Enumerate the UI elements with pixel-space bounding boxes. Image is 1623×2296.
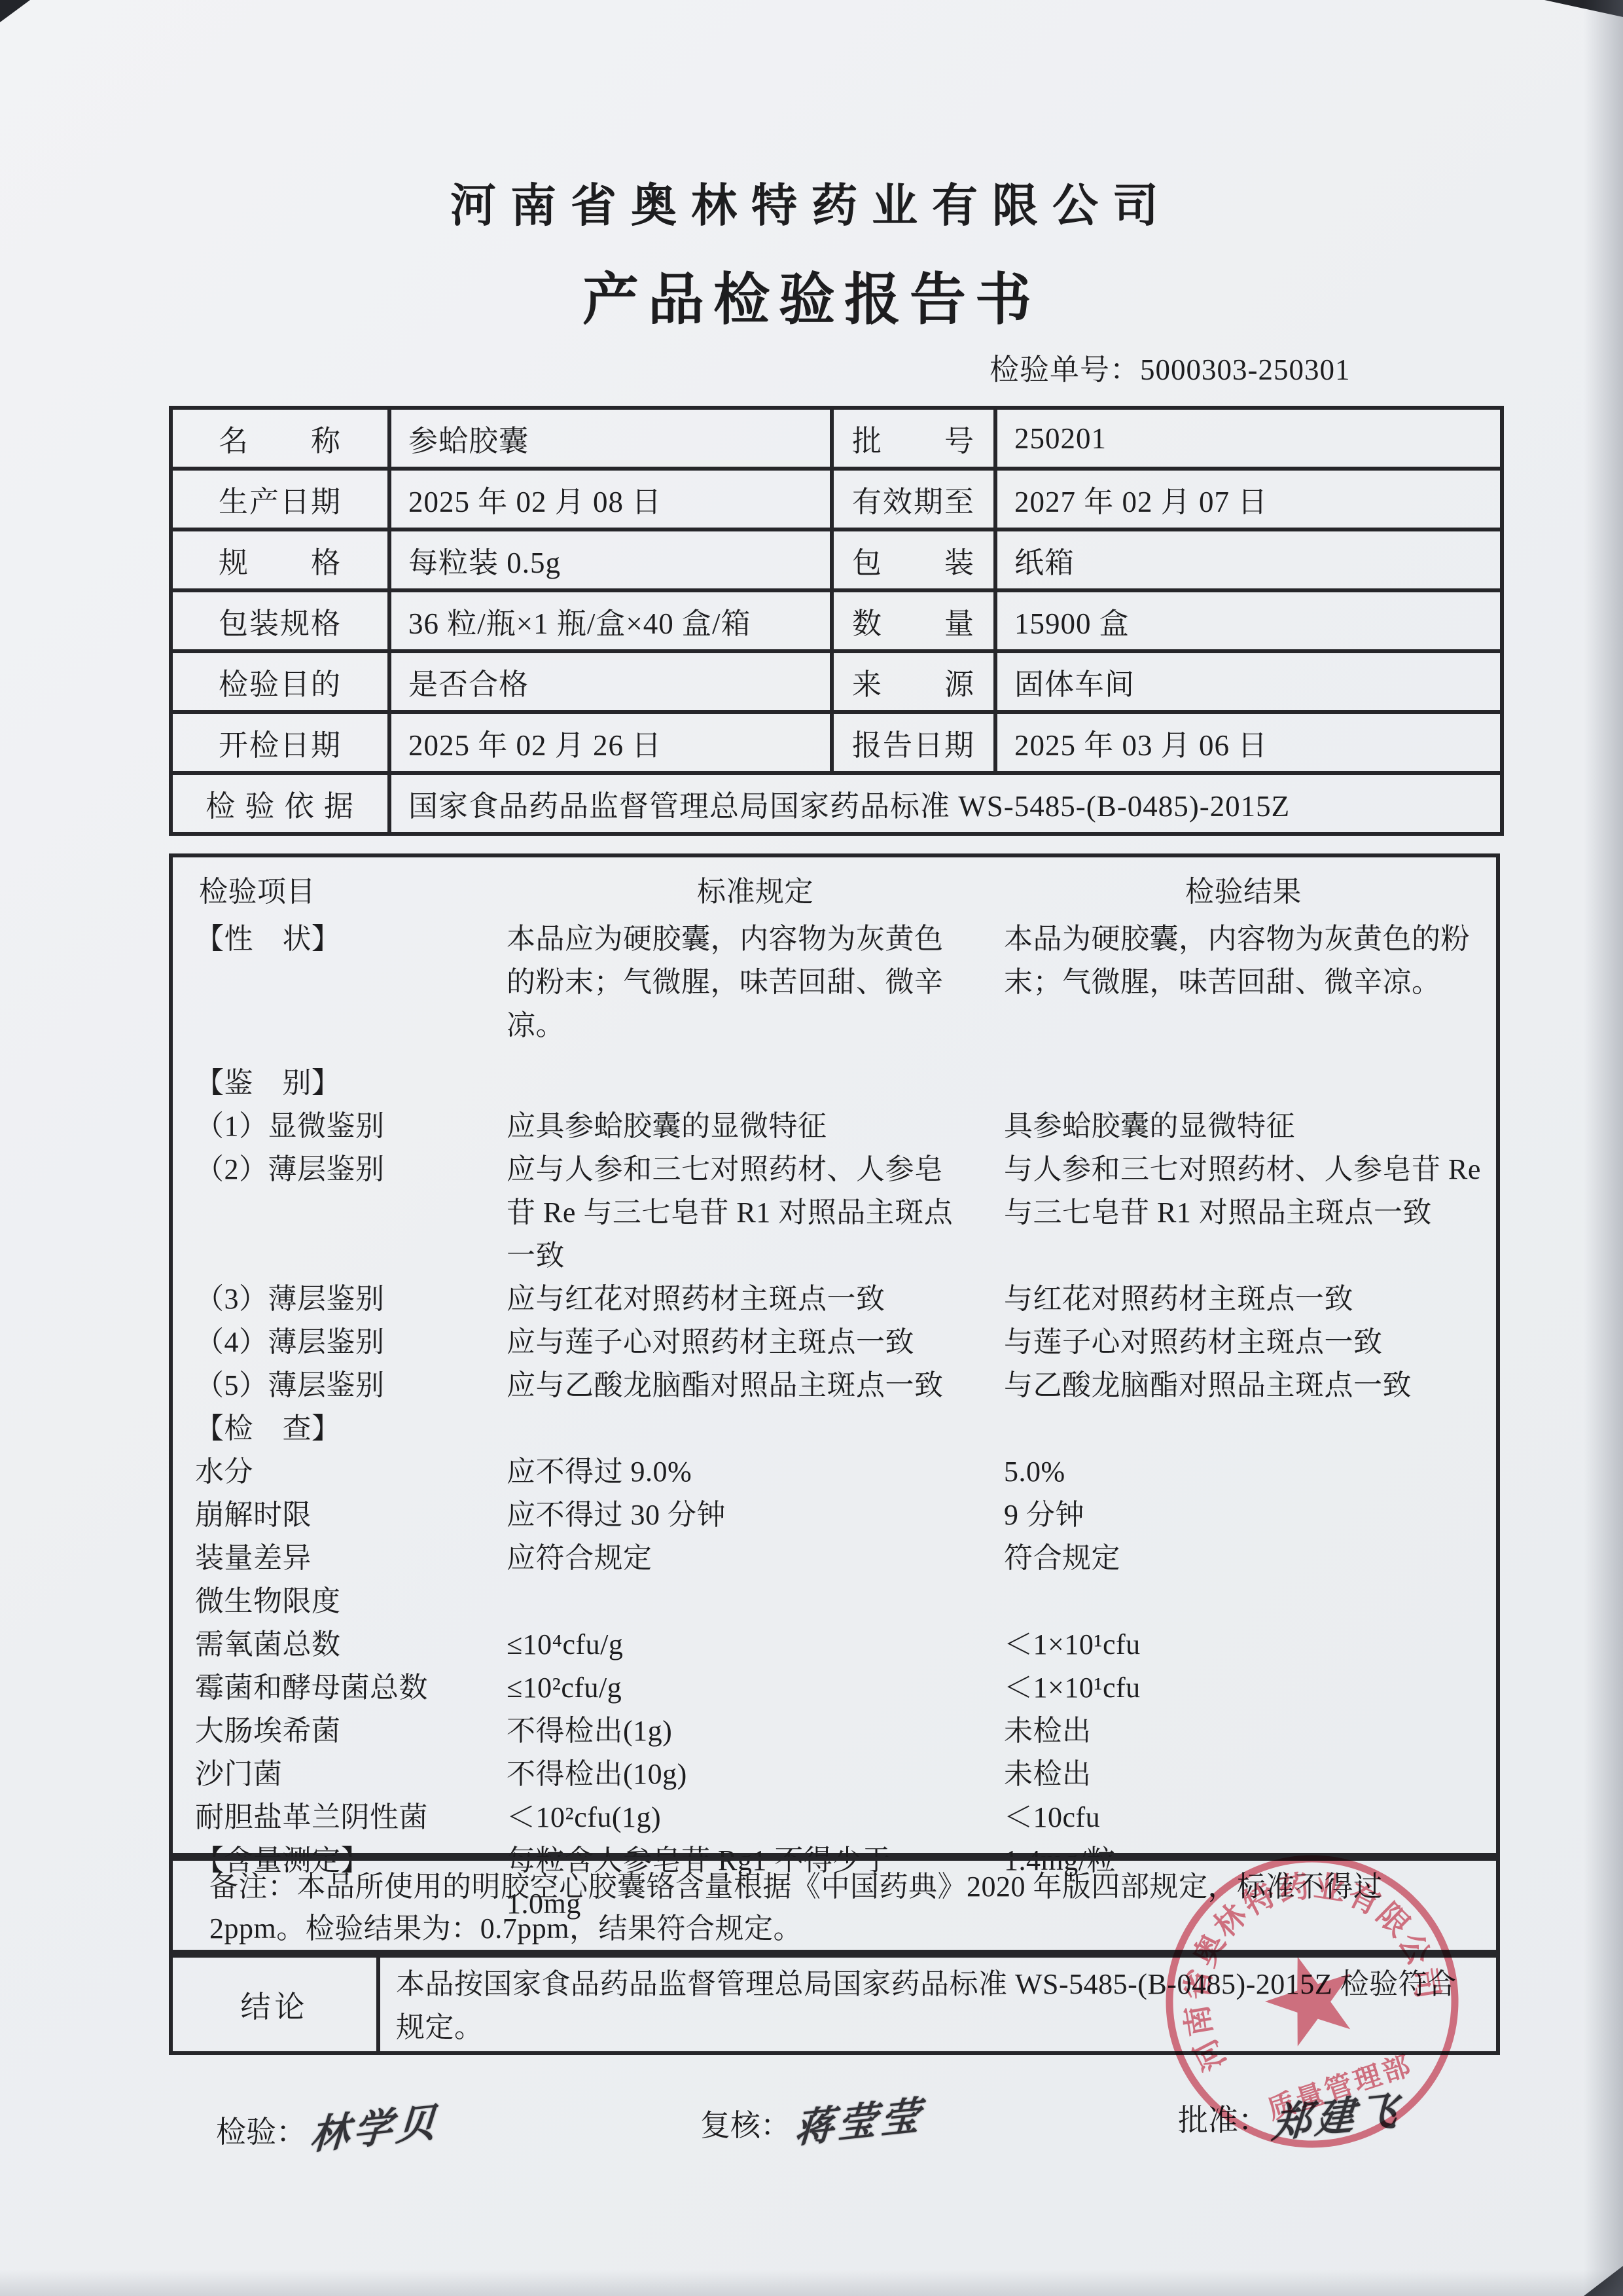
info-label: 规 格 <box>171 529 389 590</box>
item-row: （4）薄层鉴别 应与莲子心对照药材主斑点一致 与莲子心对照药材主斑点一致 <box>173 1321 1496 1364</box>
stamp-dept-text: 质量管理部 <box>1264 2050 1416 2126</box>
item-result <box>1004 1062 1496 1105</box>
info-value: 是否合格 <box>389 651 832 712</box>
info-value: 固体车间 <box>995 651 1502 712</box>
item-result: 符合规定 <box>1004 1537 1496 1580</box>
reviewer-label: 复核： <box>700 2109 791 2142</box>
item-row: 崩解时限 应不得过 30 分钟 9 分钟 <box>173 1494 1496 1537</box>
scan-edge-shadow <box>1584 0 1623 2296</box>
item-name: 【性 状】 <box>173 918 507 1047</box>
item-standard: 应与人参和三七对照药材、人参皂苷 Re 与三七皂苷 R1 对照品主斑点一致 <box>507 1148 1004 1278</box>
item-result: ＜1×10¹cfu <box>1004 1623 1496 1666</box>
item-name: 【检 查】 <box>173 1407 507 1450</box>
reviewer-signoff: 复核：蒋莹莹 <box>700 2091 924 2147</box>
item-result: 与人参和三七对照药材、人参皂苷 Re 与三七皂苷 R1 对照品主斑点一致 <box>1004 1148 1496 1278</box>
item-standard: 应具参蛤胶囊的显微特征 <box>507 1105 1004 1148</box>
item-row: （2）薄层鉴别 应与人参和三七对照药材、人参皂苷 Re 与三七皂苷 R1 对照品… <box>173 1148 1496 1278</box>
item-result: 未检出 <box>1004 1753 1496 1796</box>
info-table-row: 生产日期 2025 年 02 月 08 日 有效期至 2027 年 02 月 0… <box>171 469 1502 529</box>
item-row: （5）薄层鉴别 应与乙酸龙脑酯对照品主斑点一致 与乙酸龙脑酯对照品主斑点一致 <box>173 1364 1496 1407</box>
item-result: 与乙酸龙脑酯对照品主斑点一致 <box>1004 1364 1496 1407</box>
item-name: 沙门菌 <box>173 1753 507 1796</box>
inspector-signoff: 检验：林学贝 <box>216 2098 440 2154</box>
report-number: 检验单号：5000303-250301 <box>990 346 1351 388</box>
item-name: （1）显微鉴别 <box>173 1105 507 1148</box>
item-row: （3）薄层鉴别 应与红花对照药材主斑点一致 与红花对照药材主斑点一致 <box>173 1278 1496 1321</box>
info-table-row: 规 格 每粒装 0.5g 包 装 纸箱 <box>171 529 1502 590</box>
item-standard: ≤10²cfu/g <box>507 1666 1004 1710</box>
stamp-ring-text: 河南省奥林特药业有限公司 <box>1158 1848 1450 2077</box>
report-number-label: 检验单号： <box>990 353 1140 386</box>
item-row: 霉菌和酵母菌总数 ≤10²cfu/g ＜1×10¹cfu <box>173 1666 1496 1710</box>
basis-label: 检 验 依 据 <box>171 773 389 834</box>
info-table-row: 检验目的 是否合格 来 源 固体车间 <box>171 651 1502 712</box>
item-standard: ≤10⁴cfu/g <box>507 1623 1004 1666</box>
item-standard: 应与乙酸龙脑酯对照品主斑点一致 <box>507 1364 1004 1407</box>
item-name: 需氧菌总数 <box>173 1623 507 1666</box>
item-standard <box>507 1580 1004 1623</box>
inspector-signature: 林学贝 <box>308 2090 441 2161</box>
item-result: 5.0% <box>1004 1450 1496 1494</box>
item-result: 与红花对照药材主斑点一致 <box>1004 1278 1496 1321</box>
item-row: 大肠埃希菌 不得检出(1g) 未检出 <box>173 1710 1496 1753</box>
info-value: 15900 盒 <box>995 590 1502 651</box>
item-name: 霉菌和酵母菌总数 <box>173 1666 507 1710</box>
item-result: ＜1×10¹cfu <box>1004 1666 1496 1710</box>
info-value: 2025 年 02 月 08 日 <box>389 469 832 529</box>
report-number-value: 5000303-250301 <box>1140 353 1351 386</box>
info-value: 36 粒/瓶×1 瓶/盒×40 盒/箱 <box>389 590 832 651</box>
item-name: （5）薄层鉴别 <box>173 1364 507 1407</box>
item-row: 水分 应不得过 9.0% 5.0% <box>173 1450 1496 1494</box>
reviewer-signature: 蒋莹莹 <box>793 2084 925 2155</box>
item-row: 【性 状】 本品应为硬胶囊，内容物为灰黄色的粉末；气微腥，味苦回甜、微辛凉。 本… <box>173 918 1496 1047</box>
info-value: 每粒装 0.5g <box>389 529 832 590</box>
item-name: 崩解时限 <box>173 1494 507 1537</box>
item-standard <box>507 1407 1004 1450</box>
info-label: 生产日期 <box>171 469 389 529</box>
info-value: 参蛤胶囊 <box>389 408 832 469</box>
info-label: 来 源 <box>832 651 995 712</box>
info-label: 检验目的 <box>171 651 389 712</box>
item-result <box>1004 1407 1496 1450</box>
item-row: 沙门菌 不得检出(10g) 未检出 <box>173 1753 1496 1796</box>
info-label: 报告日期 <box>832 712 995 773</box>
info-label: 有效期至 <box>832 469 995 529</box>
item-standard: ＜10²cfu(1g) <box>507 1796 1004 1839</box>
item-standard: 本品应为硬胶囊，内容物为灰黄色的粉末；气微腥，味苦回甜、微辛凉。 <box>507 918 1004 1047</box>
star-icon <box>1255 1943 1367 2051</box>
info-label: 开检日期 <box>171 712 389 773</box>
basis-value: 国家食品药品监督管理总局国家药品标准 WS-5485-(B-0485)-2015… <box>389 773 1502 834</box>
item-standard <box>507 1062 1004 1105</box>
conclusion-label: 结论 <box>173 1958 380 2051</box>
items-header-row: 检验项目 标准规定 检验结果 <box>173 870 1496 914</box>
item-row: 耐胆盐革兰阴性菌 ＜10²cfu(1g) ＜10cfu <box>173 1796 1496 1839</box>
item-row: 【检 查】 <box>173 1407 1496 1450</box>
item-result: 9 分钟 <box>1004 1494 1496 1537</box>
item-row: 【鉴 别】 <box>173 1062 1496 1105</box>
info-value: 纸箱 <box>995 529 1502 590</box>
item-standard: 应不得过 30 分钟 <box>507 1494 1004 1537</box>
item-result: 与莲子心对照药材主斑点一致 <box>1004 1321 1496 1364</box>
item-name: 微生物限度 <box>173 1580 507 1623</box>
info-value: 250201 <box>995 408 1502 469</box>
item-name: 耐胆盐革兰阴性菌 <box>173 1796 507 1839</box>
inspection-items-table: 检验项目 标准规定 检验结果 【性 状】 本品应为硬胶囊，内容物为灰黄色的粉末；… <box>169 853 1500 1857</box>
item-row: （1）显微鉴别 应具参蛤胶囊的显微特征 具参蛤胶囊的显微特征 <box>173 1105 1496 1148</box>
scan-edge-shadow <box>0 2270 1623 2296</box>
item-name: 装量差异 <box>173 1537 507 1580</box>
info-table-row: 包装规格 36 粒/瓶×1 瓶/盒×40 盒/箱 数 量 15900 盒 <box>171 590 1502 651</box>
product-info-table: 名 称 参蛤胶囊 批 号 250201 生产日期 2025 年 02 月 08 … <box>169 406 1504 836</box>
item-result: ＜10cfu <box>1004 1796 1496 1839</box>
item-row: 需氧菌总数 ≤10⁴cfu/g ＜1×10¹cfu <box>173 1623 1496 1666</box>
item-standard: 不得检出(10g) <box>507 1753 1004 1796</box>
info-value: 2025 年 03 月 06 日 <box>995 712 1502 773</box>
remark-label: 备注： <box>209 1871 297 1903</box>
item-result: 具参蛤胶囊的显微特征 <box>1004 1105 1496 1148</box>
item-name: 大肠埃希菌 <box>173 1710 507 1753</box>
item-standard: 应符合规定 <box>507 1537 1004 1580</box>
item-standard: 不得检出(1g) <box>507 1710 1004 1753</box>
item-name: （2）薄层鉴别 <box>173 1148 507 1278</box>
item-name: 水分 <box>173 1450 507 1494</box>
item-result <box>1004 1580 1496 1623</box>
info-label: 名 称 <box>171 408 389 469</box>
item-standard: 应不得过 9.0% <box>507 1450 1004 1494</box>
scan-corner-artifact <box>0 0 30 22</box>
item-standard: 应与莲子心对照药材主斑点一致 <box>507 1321 1004 1364</box>
item-result: 本品为硬胶囊，内容物为灰黄色的粉末；气微腥，味苦回甜、微辛凉。 <box>1004 918 1496 1047</box>
item-name: （3）薄层鉴别 <box>173 1278 507 1321</box>
page-title: 产品检验报告书 <box>0 254 1623 335</box>
report-page: 河南省奥林特药业有限公司 产品检验报告书 检验单号：5000303-250301… <box>0 0 1623 2296</box>
item-row: 微生物限度 <box>173 1580 1496 1623</box>
item-standard: 应与红花对照药材主斑点一致 <box>507 1278 1004 1321</box>
info-basis-row: 检 验 依 据 国家食品药品监督管理总局国家药品标准 WS-5485-(B-04… <box>171 773 1502 834</box>
info-table-row: 名 称 参蛤胶囊 批 号 250201 <box>171 408 1502 469</box>
inspector-label: 检验： <box>216 2115 306 2149</box>
item-name: 【鉴 别】 <box>173 1062 507 1105</box>
items-header-standard: 标准规定 <box>507 870 1004 914</box>
info-label: 包装规格 <box>171 590 389 651</box>
info-value: 2025 年 02 月 26 日 <box>389 712 832 773</box>
item-result: 未检出 <box>1004 1710 1496 1753</box>
company-name: 河南省奥林特药业有限公司 <box>0 169 1623 235</box>
items-header-result: 检验结果 <box>1004 870 1496 914</box>
items-header-item: 检验项目 <box>173 870 507 914</box>
item-row: 装量差异 应符合规定 符合规定 <box>173 1537 1496 1580</box>
info-label: 批 号 <box>832 408 995 469</box>
info-value: 2027 年 02 月 07 日 <box>995 469 1502 529</box>
company-seal-stamp: 河南省奥林特药业有限公司 质量管理部 <box>1158 1848 1466 2155</box>
info-label: 包 装 <box>832 529 995 590</box>
info-table-row: 开检日期 2025 年 02 月 26 日 报告日期 2025 年 03 月 0… <box>171 712 1502 773</box>
info-label: 数 量 <box>832 590 995 651</box>
svg-text:河南省奥林特药业有限公司: 河南省奥林特药业有限公司 <box>1158 1848 1450 2077</box>
item-name: （4）薄层鉴别 <box>173 1321 507 1364</box>
